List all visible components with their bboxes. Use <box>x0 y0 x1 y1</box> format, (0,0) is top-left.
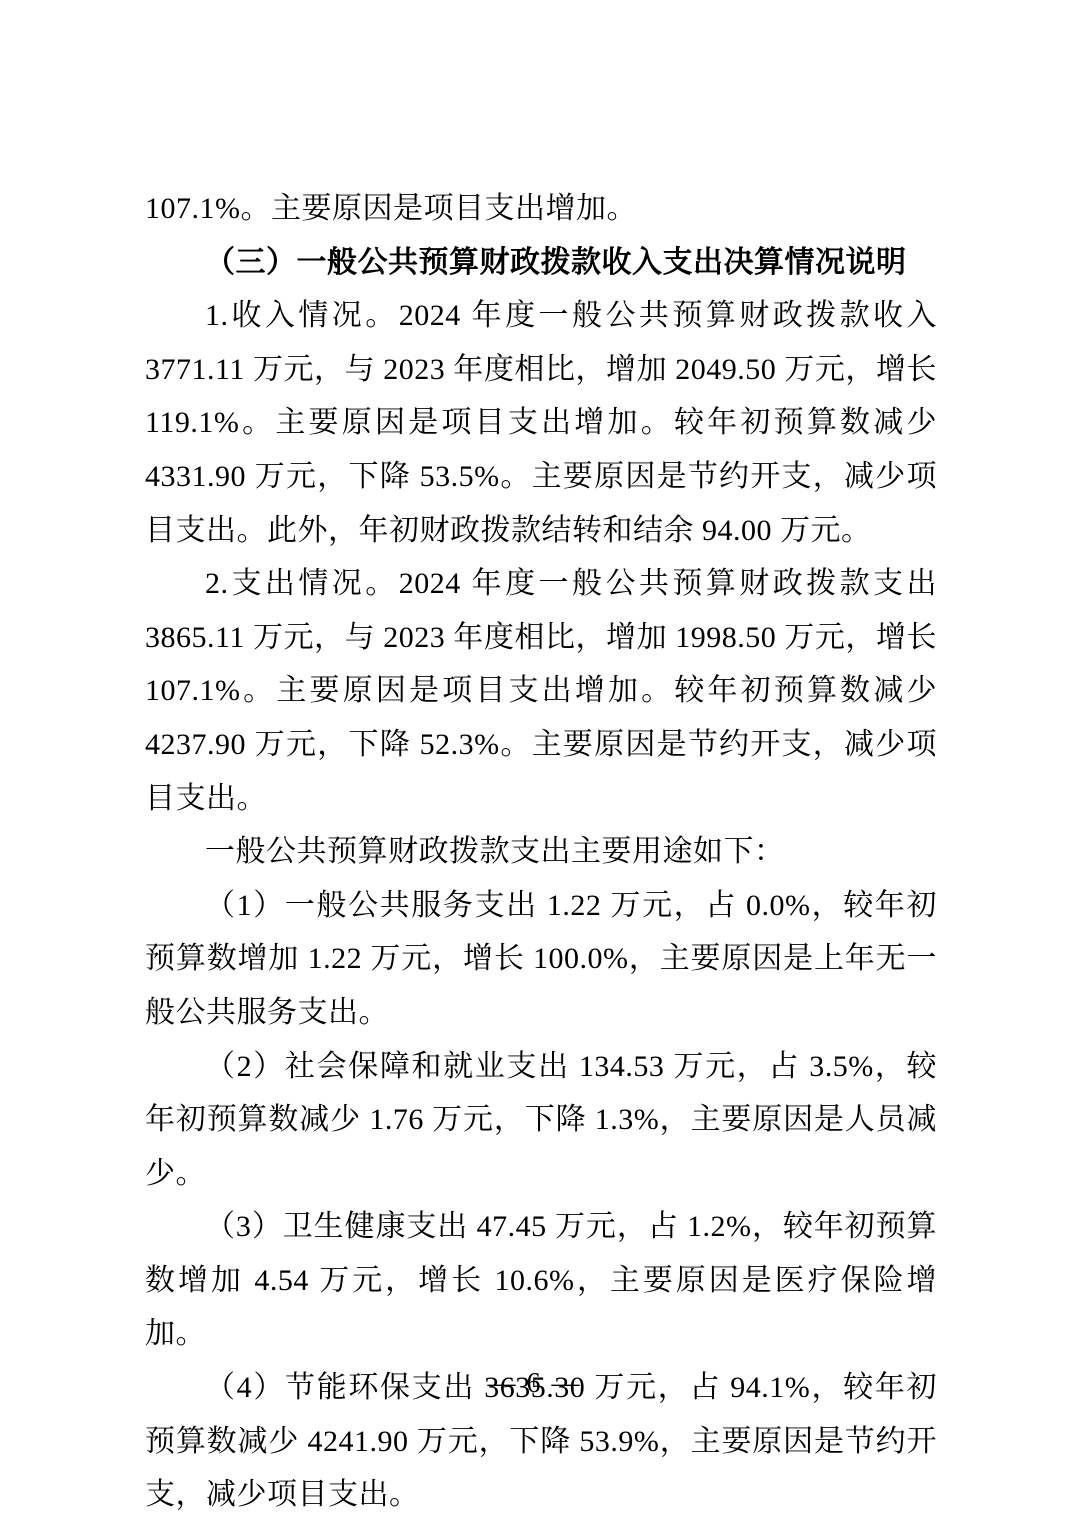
paragraph-item-1: （1）一般公共服务支出 1.22 万元，占 0.0%，较年初预算数增加 1.22… <box>145 879 937 1040</box>
page-footer: — 6 — <box>0 1368 1069 1400</box>
paragraph-continuation: 107.1%。主要原因是项目支出增加。 <box>145 182 937 236</box>
paragraph-item-2: （2）社会保障和就业支出 134.53 万元，占 3.5%，较年初预算数减少 1… <box>145 1040 937 1201</box>
paragraph-item-3: （3）卫生健康支出 47.45 万元，占 1.2%，较年初预算数增加 4.54 … <box>145 1200 937 1361</box>
document-page: 107.1%。主要原因是项目支出增加。（三）一般公共预算财政拨款收入支出决算情况… <box>0 0 1069 1515</box>
section-heading: （三）一般公共预算财政拨款收入支出决算情况说明 <box>145 236 937 290</box>
paragraph-expenditure: 2.支出情况。2024 年度一般公共预算财政拨款支出 3865.11 万元，与 … <box>145 557 937 825</box>
paragraph-usage-intro: 一般公共预算财政拨款支出主要用途如下： <box>145 825 937 879</box>
page-number: — 6 — <box>488 1368 582 1399</box>
paragraph-income: 1.收入情况。2024 年度一般公共预算财政拨款收入 3771.11 万元，与 … <box>145 289 937 557</box>
document-body: 107.1%。主要原因是项目支出增加。（三）一般公共预算财政拨款收入支出决算情况… <box>145 182 937 1515</box>
